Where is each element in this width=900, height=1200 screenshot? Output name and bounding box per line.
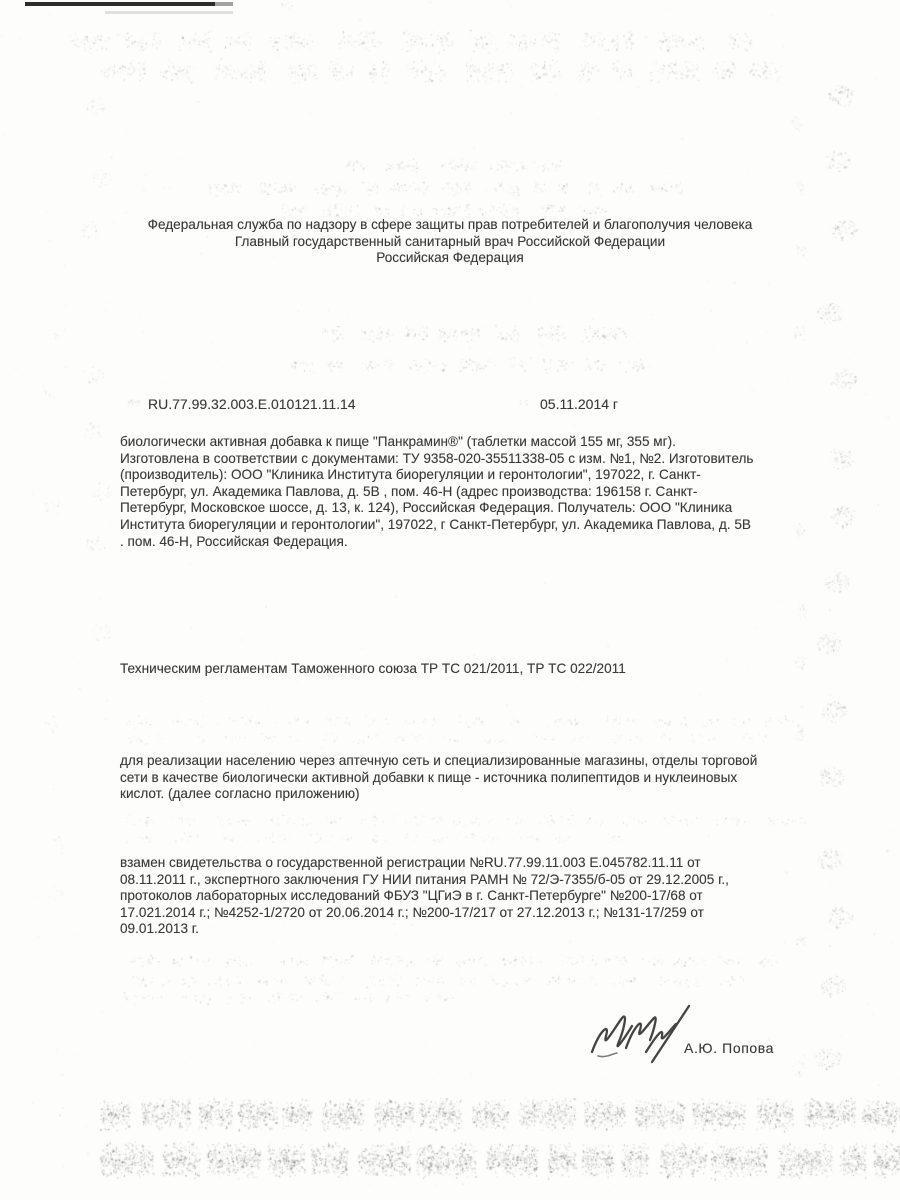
- paragraph-line: 17.021.2014 г.; №4252-1/2720 от 20.06.20…: [120, 905, 830, 922]
- issuing-authority-block: Федеральная служба по надзору в сфере за…: [0, 217, 900, 267]
- scan-artifact-streak: [105, 11, 233, 14]
- paragraph-line: для реализации населению через аптечную …: [120, 753, 830, 770]
- paragraph-line: Изготовлена в соответствии с документами…: [120, 451, 830, 468]
- paragraph-line: кислот. (далее согласно приложению): [120, 786, 830, 803]
- registration-date: 05.11.2014 г: [540, 396, 618, 412]
- registration-row: RU.77.99.32.003.E.010121.11.14 05.11.201…: [0, 396, 900, 414]
- usage-scope-paragraph: для реализации населению через аптечную …: [120, 753, 830, 803]
- paragraph-line: 09.01.2013 г.: [120, 921, 830, 938]
- scan-artifact-bar: [25, 2, 215, 6]
- paragraph-line: Института биорегуляции и геронтологии", …: [120, 517, 830, 534]
- paragraph-line: сети в качестве биологически активной до…: [120, 770, 830, 787]
- paragraph-line: 08.11.2011 г., экспертного заключения ГУ…: [120, 872, 830, 889]
- signatory-name: А.Ю. Попова: [684, 1040, 774, 1056]
- paragraph-line: взамен свидетельства о государственной р…: [120, 855, 830, 872]
- authority-country-line: Российская Федерация: [0, 250, 900, 267]
- product-description-paragraph: биологически активная добавка к пище "Па…: [120, 434, 830, 550]
- paragraph-line: Петербург, ул. Академика Павлова, д. 5В …: [120, 484, 830, 501]
- paragraph-line: Техническим регламентам Таможенного союз…: [120, 661, 830, 678]
- authority-service-line: Федеральная служба по надзору в сфере за…: [0, 217, 900, 234]
- handwritten-signature-icon: [586, 996, 704, 1070]
- technical-regulations-paragraph: Техническим регламентам Таможенного союз…: [120, 661, 830, 678]
- authority-chief-line: Главный государственный санитарный врач …: [0, 234, 900, 251]
- paragraph-line: Петербург, Московское шоссе, д. 13, к. 1…: [120, 500, 830, 517]
- paragraph-line: (производитель): ООО "Клиника Института …: [120, 467, 830, 484]
- scan-artifact-bar-faded-end: [215, 2, 233, 6]
- scanned-certificate-page: Федеральная служба по надзору в сфере за…: [0, 0, 900, 1200]
- paragraph-line: биологически активная добавка к пище "Па…: [120, 434, 830, 451]
- paragraph-line: протоколов лабораторных исследований ФБУ…: [120, 888, 830, 905]
- registration-number: RU.77.99.32.003.E.010121.11.14: [148, 396, 356, 412]
- replacement-documents-paragraph: взамен свидетельства о государственной р…: [120, 855, 830, 938]
- paragraph-line: . пом. 46-Н, Российская Федерация.: [120, 534, 830, 551]
- scan-noise-layer: [0, 0, 900, 1200]
